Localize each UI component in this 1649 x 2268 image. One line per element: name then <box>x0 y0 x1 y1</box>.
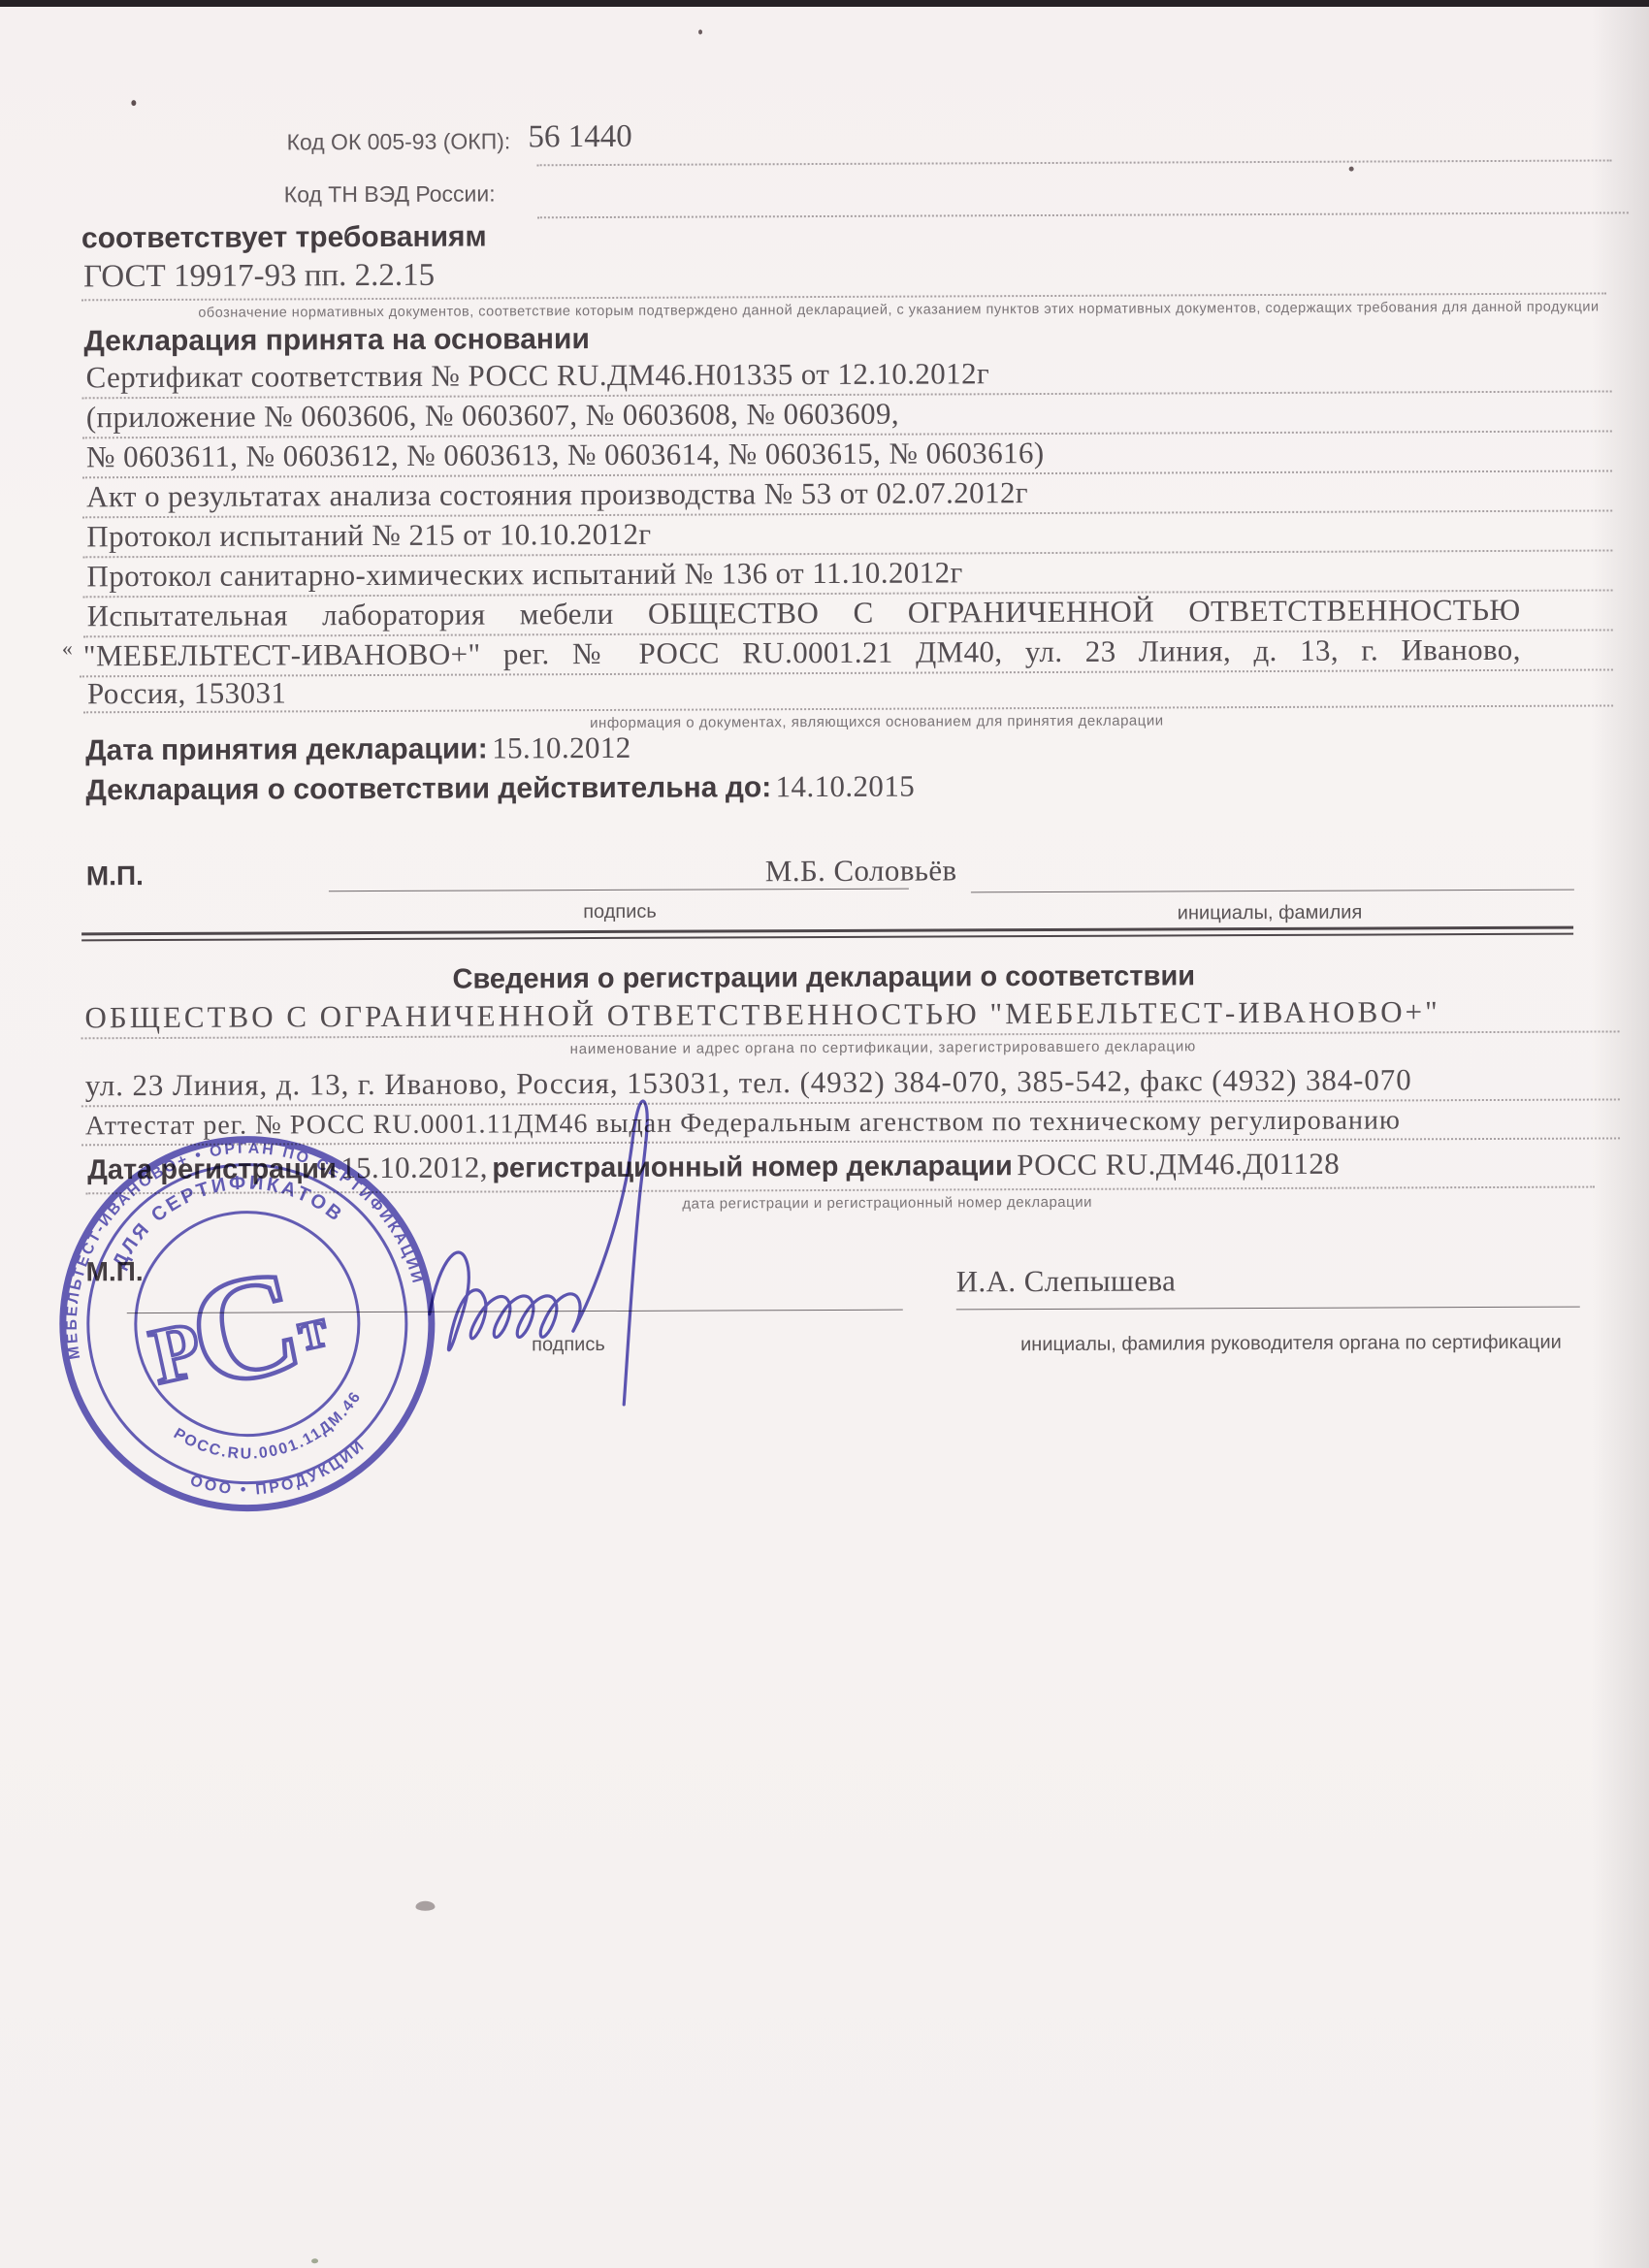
section-divider <box>81 926 1573 942</box>
handwritten-signature <box>378 1063 710 1438</box>
scan-artifact <box>87 791 93 796</box>
scanned-declaration-page: Код ОК 005-93 (ОКП): 56 1440 Код ТН ВЭД … <box>0 0 1649 2268</box>
org-address: ул. 23 Линия, д. 13, г. Иваново, Россия,… <box>85 1062 1412 1103</box>
signatory-name: И.А. Слепышева <box>956 1263 1177 1299</box>
basis-note: информация о документах, являющихся осно… <box>590 712 1164 731</box>
basis-line: Испытательная лаборатория мебели ОБЩЕСТВ… <box>87 593 1521 633</box>
dotted-rule <box>537 211 1629 218</box>
registration-heading: Сведения о регистрации декларации о соот… <box>0 958 1648 997</box>
org-note: наименование и адрес органа по сертифика… <box>570 1038 1197 1057</box>
validity-label: Декларация о соответствии действительна … <box>85 771 771 806</box>
signature-svg <box>378 1063 710 1433</box>
basis-line: Россия, 153031 <box>87 675 286 711</box>
adoption-date-value: 15.10.2012 <box>492 730 631 765</box>
rst-logo: С Р т <box>133 1232 339 1429</box>
scan-artifact <box>698 30 702 35</box>
okp-code-value: 56 1440 <box>528 119 631 155</box>
okp-code-label: Код ОК 005-93 (ОКП): <box>286 128 510 155</box>
scan-artifact <box>415 1901 435 1911</box>
basis-line: Сертификат соответствия № РОСС RU.ДМ46.Н… <box>86 356 990 395</box>
signature-flourish <box>572 1101 649 1405</box>
basis-line: "МЕБЕЛЬТЕСТ-ИВАНОВО+" рег. № РОСС RU.000… <box>83 632 1521 673</box>
validity-row: Декларация о соответствии действительна … <box>85 769 915 808</box>
adoption-date-row: Дата принятия декларации: 15.10.2012 <box>85 730 631 767</box>
signature-caption: инициалы, фамилия руководителя органа по… <box>1000 1332 1582 1357</box>
signature-caption: подпись <box>474 900 765 923</box>
standard-value: ГОСТ 19917-93 пп. 2.2.15 <box>83 258 435 296</box>
basis-line: Акт о результатах анализа состояния прои… <box>86 475 1028 514</box>
cert-org-name: ОБЩЕСТВО С ОГРАНИЧЕННОЙ ОТВЕТСТВЕННОСТЬЮ… <box>84 994 1439 1035</box>
signature-line <box>956 1307 1580 1311</box>
dotted-rule <box>537 159 1612 166</box>
signature-line <box>971 890 1574 893</box>
conformity-heading: соответствует требованиям <box>81 221 487 256</box>
reg-number-value: РОСС RU.ДМ46.Д01128 <box>1017 1147 1340 1182</box>
scan-artifact <box>311 2258 318 2263</box>
signature-line <box>329 889 909 892</box>
basis-line: (приложение № 0603606, № 0603607, № 0603… <box>86 397 899 436</box>
basis-line: № 0603611, № 0603612, № 0603613, № 06036… <box>86 436 1045 474</box>
basis-line: Протокол испытаний № 215 от 10.10.2012г <box>86 517 651 555</box>
stamp-placeholder-mp: М.П. <box>86 860 144 891</box>
adoption-date-label: Дата принятия декларации: <box>85 733 488 767</box>
validity-value: 14.10.2015 <box>776 769 916 804</box>
signature-caption: инициалы, фамилия <box>1124 901 1415 924</box>
normative-note: обозначение нормативных документов, соот… <box>198 300 1599 321</box>
reg-note: дата регистрации и регистрационный номер… <box>682 1194 1092 1213</box>
dotted-rule <box>83 704 1613 713</box>
scan-artifact <box>131 100 136 106</box>
scan-artifact: « <box>62 635 74 661</box>
scan-artifact <box>1349 167 1354 172</box>
signature-loops <box>430 1251 581 1349</box>
basis-line: Протокол санитарно-химических испытаний … <box>86 555 962 594</box>
tnved-label: Код ТН ВЭД России: <box>284 180 496 208</box>
signatory-name: М.Б. Соловьёв <box>765 853 957 889</box>
document-content: Код ОК 005-93 (ОКП): 56 1440 Код ТН ВЭД … <box>0 0 1649 2268</box>
basis-heading: Декларация принята на основании <box>83 323 590 358</box>
